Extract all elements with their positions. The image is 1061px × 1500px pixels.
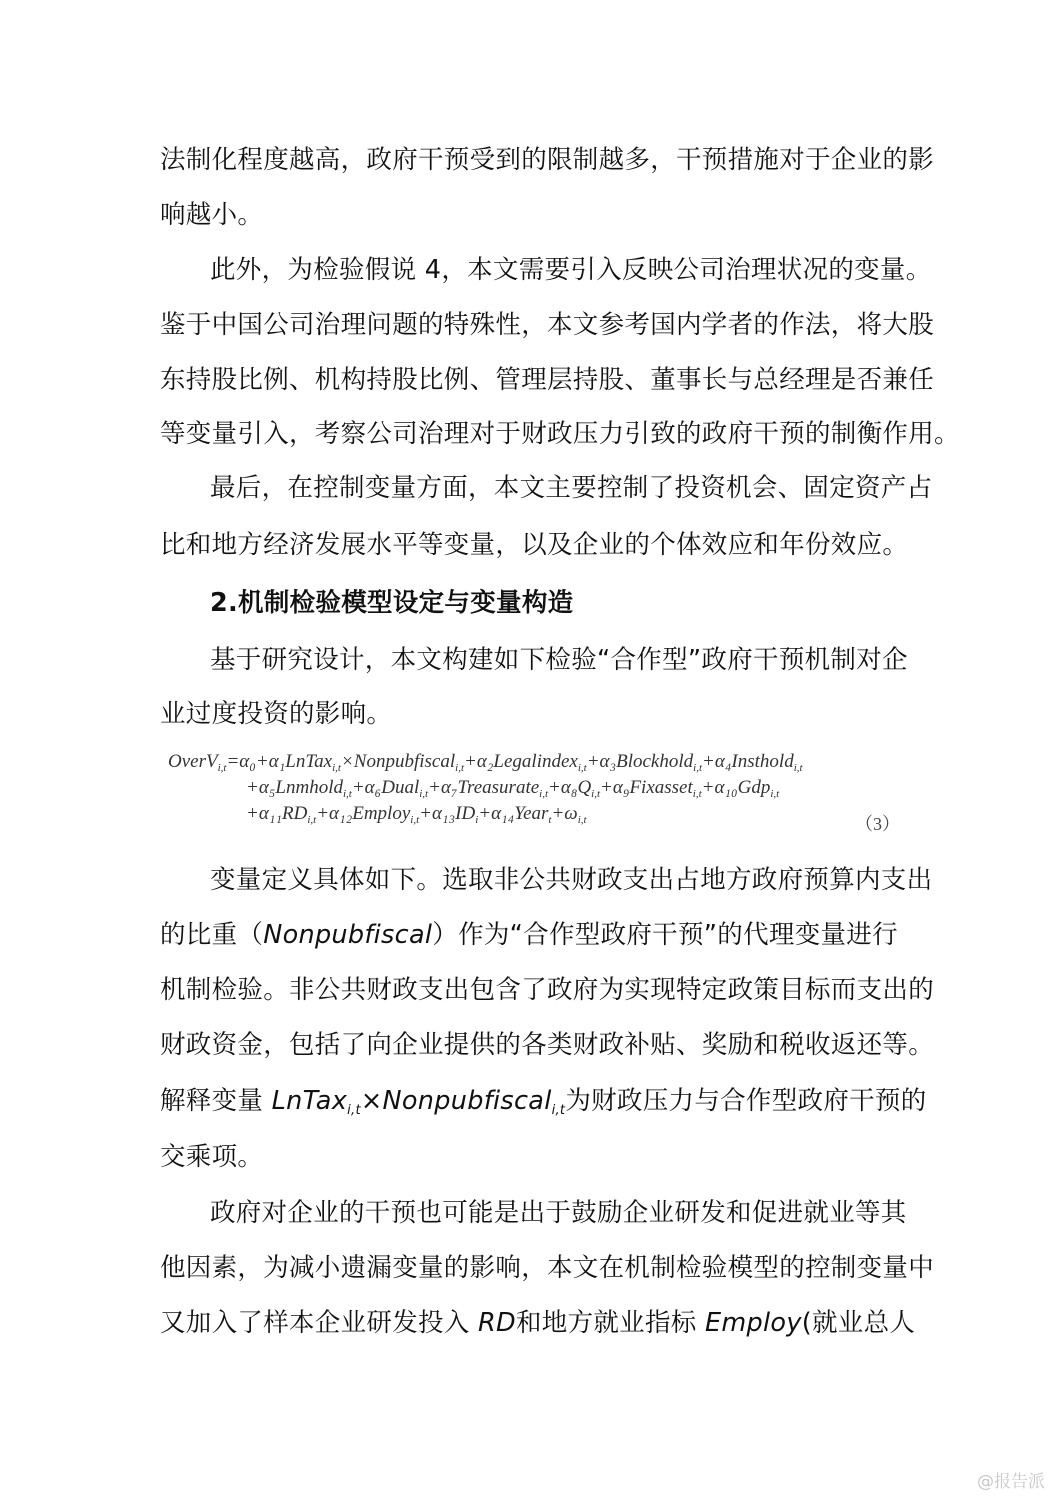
equation-number: （3） (855, 810, 900, 836)
paragraph-line: 响越小。 (160, 198, 263, 232)
paragraph-line: 交乘项。 (160, 1140, 263, 1174)
paragraph-line: 基于研究设计，本文构建如下检验“合作型”政府干预机制对企 (210, 643, 908, 677)
paragraph-line: 政府对企业的干预也可能是出于鼓励企业研发和促进就业等其 (210, 1196, 907, 1230)
paragraph-line: 最后，在控制变量方面，本文主要控制了投资机会、固定资产占 (210, 471, 932, 505)
watermark: @报告派 (977, 1467, 1045, 1492)
paragraph-line: 东持股比例、机构持股比例、管理层持股、董事长与总经理是否兼任 (160, 363, 934, 397)
paragraph-line: 业过度投资的影响。 (160, 697, 392, 731)
paragraph-line: 机制检验。非公共财政支出包含了政府为实现特定政策目标而支出的 (160, 973, 934, 1007)
paragraph-line: 解释变量 LnTaxi,t×Nonpubfiscali,t为财政压力与合作型政府… (160, 1084, 927, 1118)
paragraph-line: 又加入了样本企业研发投入 RD和地方就业指标 Employ(就业总人 (160, 1306, 915, 1340)
paragraph-line: 他因素，为减小遗漏变量的影响，本文在机制检验模型的控制变量中 (160, 1251, 934, 1285)
paragraph-line: 的比重（Nonpubfiscal）作为“合作型政府干预”的代理变量进行 (160, 918, 898, 952)
paragraph-line: 此外，为检验假说 4，本文需要引入反映公司治理状况的变量。 (210, 253, 932, 287)
paragraph-line: 财政资金，包括了向企业提供的各类财政补贴、奖励和税收返还等。 (160, 1028, 934, 1062)
paragraph-line: 等变量引入，考察公司治理对于财政压力引致的政府干预的制衡作用。 (160, 417, 960, 451)
paragraph-line: 法制化程度越高，政府干预受到的限制越多，干预措施对于企业的影 (160, 143, 934, 177)
paragraph-line: 比和地方经济发展水平等变量，以及企业的个体效应和年份效应。 (160, 528, 908, 562)
section-heading: 2.机制检验模型设定与变量构造 (210, 586, 573, 620)
paragraph-line: 鉴于中国公司治理问题的特殊性，本文参考国内学者的作法，将大股 (160, 308, 934, 342)
paragraph-line: 变量定义具体如下。选取非公共财政支出占地方政府预算内支出 (210, 863, 932, 897)
